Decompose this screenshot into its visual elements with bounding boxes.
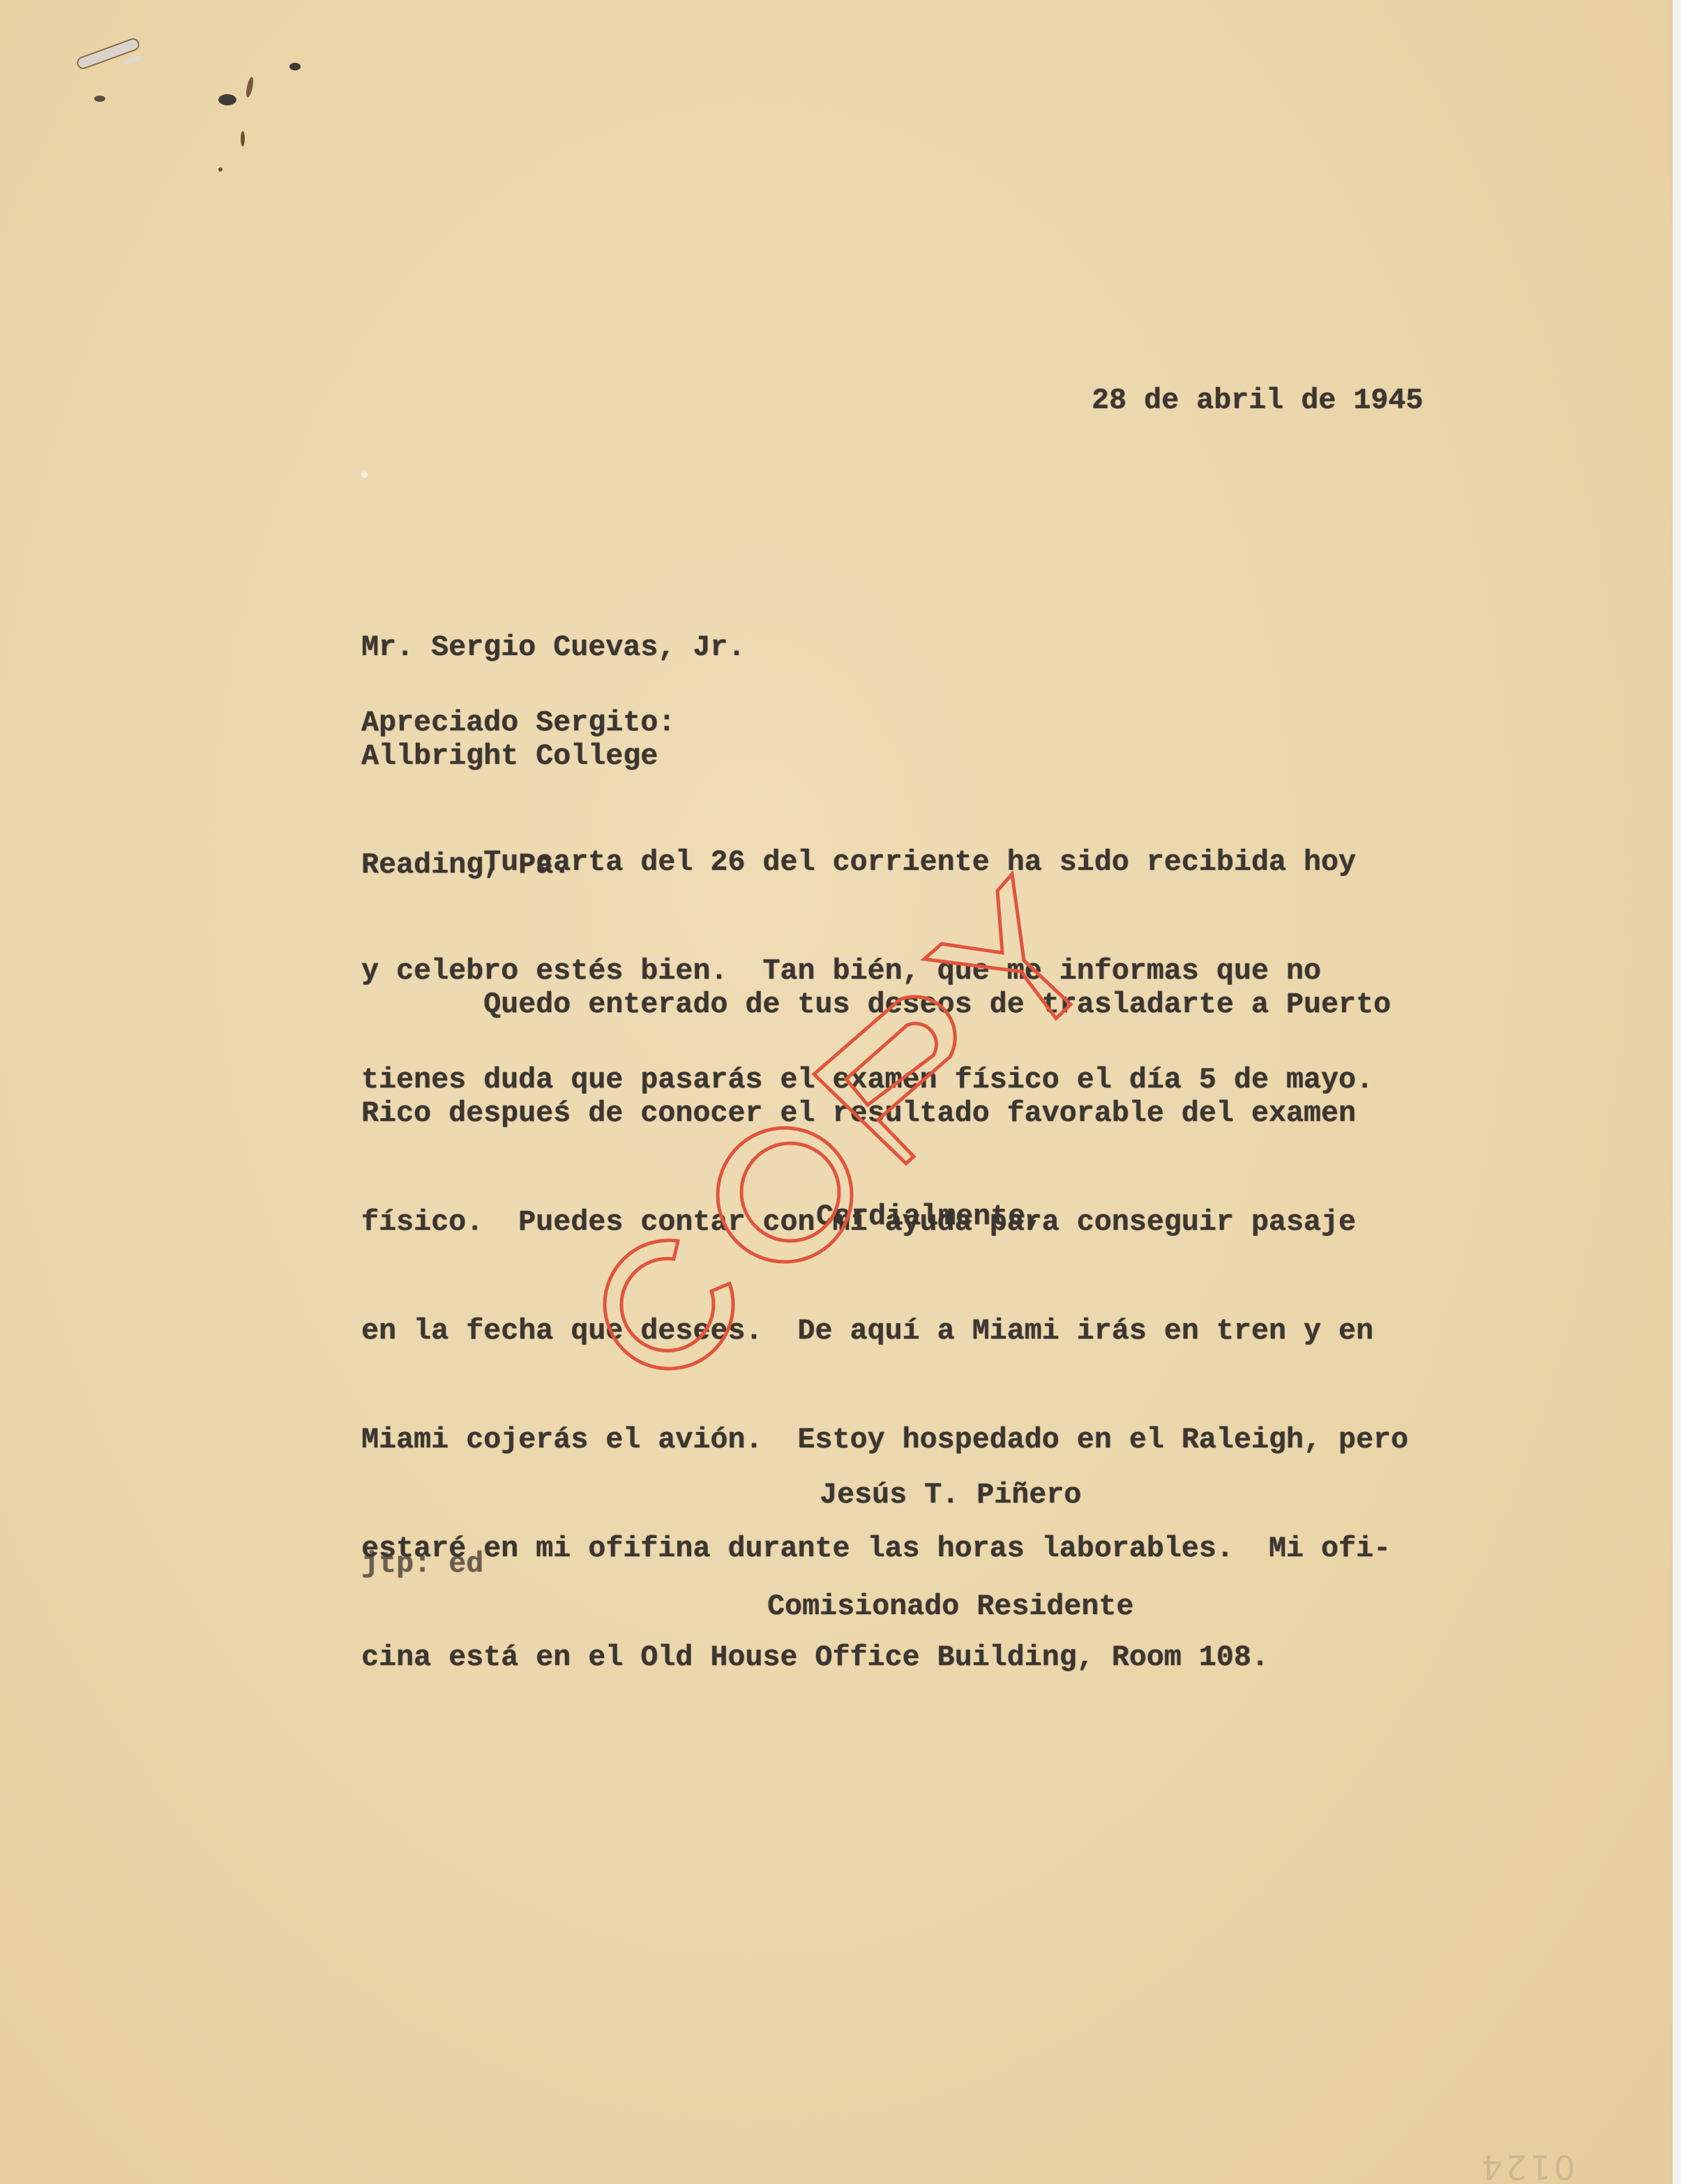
paragraph-line: Quedo enterado de tus deseos de traslada…: [361, 986, 1408, 1023]
recipient-institution: Allbright College: [361, 738, 745, 774]
pencil-annotation: 0124: [1479, 2147, 1575, 2184]
letter-date: 28 de abril de 1945: [1092, 382, 1423, 419]
signer-title: Comisionado Residente: [767, 1588, 1133, 1627]
paper-sheet: 28 de abril de 1945 Mr. Sergio Cuevas, J…: [0, 0, 1673, 2184]
signer-name: Jesús T. Piñero: [767, 1477, 1133, 1516]
stain-mark: [289, 63, 301, 70]
salutation: Apreciado Sergito:: [361, 705, 675, 741]
stain-mark: [245, 76, 255, 98]
recipient-name: Mr. Sergio Cuevas, Jr.: [361, 629, 745, 665]
stain-mark: [361, 472, 368, 478]
signature-block: Jesús T. Piñero Comisionado Residente: [767, 1404, 1133, 1700]
reference-initials: jtp: ed: [361, 1546, 483, 1582]
stain-mark: [77, 38, 139, 69]
stain-mark: [218, 167, 223, 172]
paragraph-line: Rico despueś de conocer el resultado fav…: [361, 1095, 1408, 1131]
scan-edge: [1673, 0, 1681, 2184]
paragraph-line: Tu carta del 26 del corriente ha sido re…: [361, 844, 1373, 880]
stain-mark: [94, 96, 105, 102]
stain-mark: [121, 54, 143, 66]
stain-mark: [218, 94, 236, 105]
stain-mark: [241, 131, 245, 146]
closing: Cordialmente,: [816, 1198, 1043, 1235]
paragraph-line: en la fecha que desees. De aquí a Miami …: [361, 1313, 1408, 1349]
